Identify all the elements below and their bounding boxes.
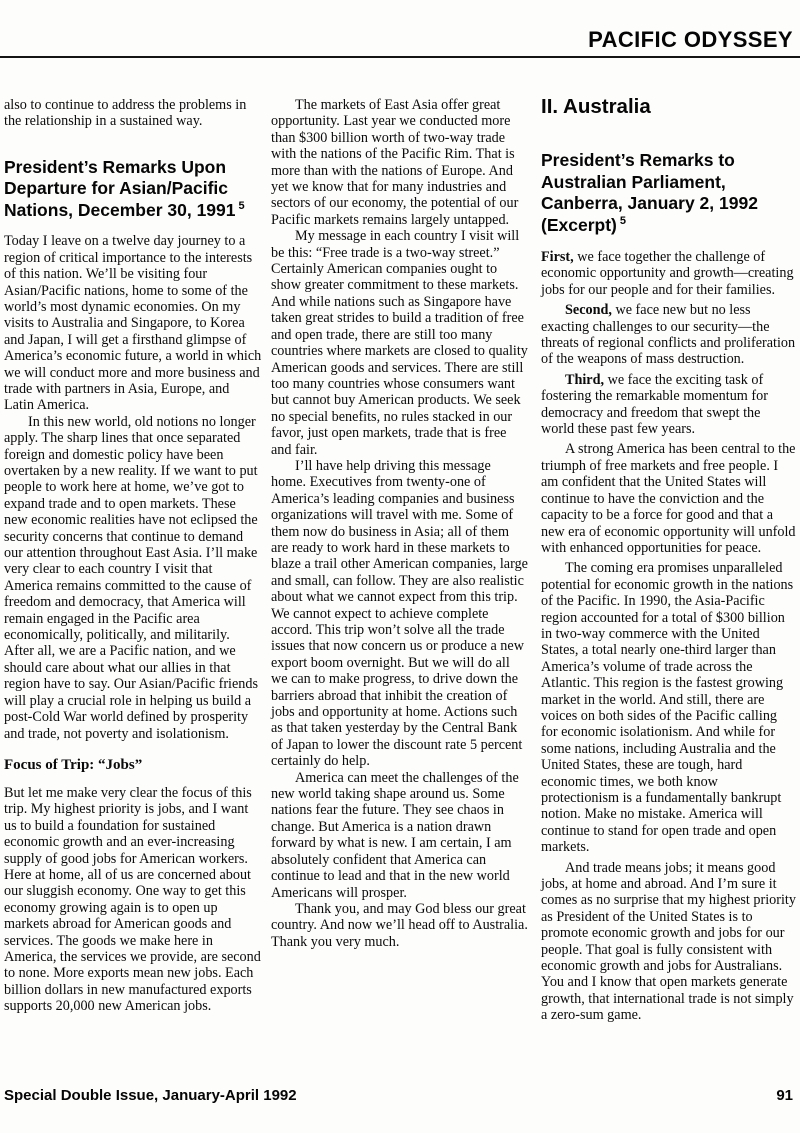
australia-section-heading: II. Australia — [541, 95, 797, 119]
paragraph: The coming era promises unparalleled pot… — [541, 560, 797, 855]
departure-heading-text: President’s Remarks Upon Departure for A… — [4, 157, 236, 220]
page-header-title: PACIFIC ODYSSEY — [588, 27, 793, 53]
departure-article-heading: President’s Remarks Upon Departure for A… — [4, 157, 262, 222]
paragraph: America can meet the challenges of the n… — [271, 770, 529, 901]
footnote-ref-5: 5 — [239, 200, 245, 212]
paragraph: Third, we face the exciting task of fost… — [541, 372, 797, 438]
paragraph: But let me make very clear the focus of … — [4, 785, 262, 1015]
column-2: The markets of East Asia offer great opp… — [271, 97, 529, 950]
issue-label: Special Double Issue, January-April 1992 — [4, 1087, 297, 1104]
paragraph: And trade means jobs; it means good jobs… — [541, 860, 797, 1024]
paragraph: My message in each country I visit will … — [271, 228, 529, 458]
australia-article-heading: President’s Remarks to Australian Parlia… — [541, 150, 797, 236]
lead-word: Second, — [565, 302, 612, 318]
column-3: II. Australia President’s Remarks to Aus… — [541, 95, 797, 1024]
paragraph: First, we face together the challenge of… — [541, 249, 797, 298]
paragraph: Thank you, and may God bless our great c… — [271, 901, 529, 950]
page-number: 91 — [776, 1087, 793, 1104]
paragraph: Today I leave on a twelve day journey to… — [4, 233, 262, 413]
column-1: also to continue to address the problems… — [4, 97, 262, 1015]
lead-word: Third, — [565, 372, 604, 388]
continuation-paragraph: also to continue to address the problems… — [4, 97, 262, 130]
paragraph: In this new world, old notions no longer… — [4, 414, 262, 742]
page-footer: Special Double Issue, January-April 1992… — [4, 1087, 793, 1104]
paragraph: A strong America has been central to the… — [541, 441, 797, 556]
paragraph: I’ll have help driving this message home… — [271, 458, 529, 770]
paragraph: The markets of East Asia offer great opp… — [271, 97, 529, 228]
footnote-ref-5: 5 — [620, 215, 626, 227]
magazine-page: PACIFIC ODYSSEY also to continue to addr… — [0, 0, 800, 1133]
paragraph: Second, we face new but no less exacting… — [541, 302, 797, 368]
header-rule — [0, 56, 800, 58]
australia-heading-text: President’s Remarks to Australian Parlia… — [541, 150, 758, 235]
lead-word: First, — [541, 249, 574, 265]
focus-of-trip-subheading: Focus of Trip: “Jobs” — [4, 757, 262, 774]
